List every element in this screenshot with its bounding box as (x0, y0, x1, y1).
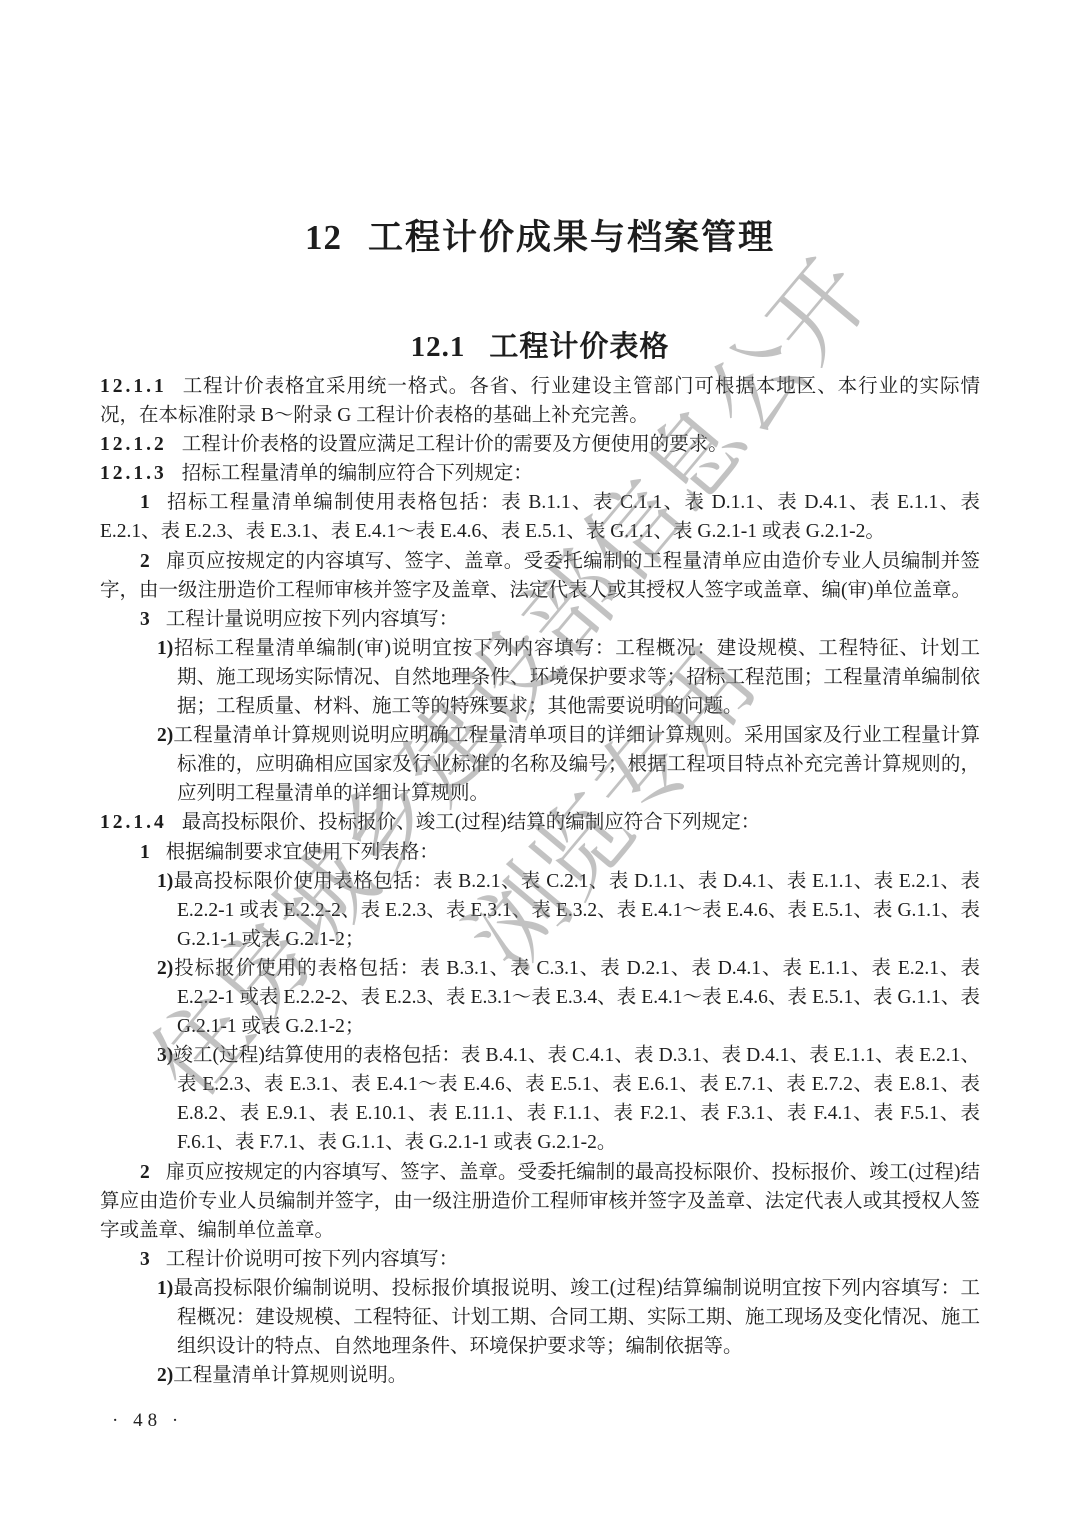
paragraph: 2扉页应按规定的内容填写、签字、盖章。受委托编制的工程量清单应由造价专业人员编制… (100, 547, 980, 605)
paragraph-number: 1) (157, 638, 173, 659)
paragraph-number: 3 (140, 609, 150, 630)
paragraph-number: 2 (140, 551, 150, 572)
paragraph-number: 2) (157, 958, 173, 979)
paragraph: 1)招标工程量清单编制(审)说明宜按下列内容填写：工程概况：建设规模、工程特征、… (100, 634, 980, 721)
paragraph-number: 2) (157, 1365, 173, 1386)
paragraph-text: 招标工程量清单编制使用表格包括：表 B.1.1、表 C.1.1、表 D.1.1、… (100, 492, 980, 542)
paragraph: 12.1.4最高投标限价、投标报价、竣工(过程)结算的编制应符合下列规定： (100, 808, 980, 837)
section-name: 工程计价表格 (489, 331, 669, 363)
paragraph: 1招标工程量清单编制使用表格包括：表 B.1.1、表 C.1.1、表 D.1.1… (100, 488, 980, 546)
paragraph-number: 12.1.4 (100, 812, 167, 833)
section-title: 12.1工程计价表格 (0, 324, 1080, 365)
paragraph: 2)工程量清单计算规则说明应明确工程量清单项目的详细计算规则。采用国家及行业工程… (100, 721, 980, 808)
paragraph: 3工程计价说明可按下列内容填写： (100, 1245, 980, 1274)
paragraph-text: 根据编制要求宜使用下列表格： (166, 842, 439, 863)
paragraph-number: 1) (157, 871, 173, 892)
paragraph-number: 12.1.3 (100, 463, 167, 484)
paragraph-text: 工程量清单计算规则说明应明确工程量清单项目的详细计算规则。采用国家及行业工程量计… (173, 725, 980, 804)
paragraph-text: 扉页应按规定的内容填写、签字、盖章。受委托编制的工程量清单应由造价专业人员编制并… (100, 551, 980, 601)
paragraph-number: 3 (140, 1249, 150, 1270)
document-body: 12.1.1工程计价表格宜采用统一格式。各省、行业建设主管部门可根据本地区、本行… (100, 372, 980, 1390)
paragraph-text: 最高投标限价使用表格包括：表 B.2.1、表 C.2.1、表 D.1.1、表 D… (173, 871, 980, 950)
paragraph-number: 12.1.2 (100, 434, 167, 455)
page-number: · 48 · (112, 1410, 183, 1432)
paragraph-text: 最高投标限价编制说明、投标报价填报说明、竣工(过程)结算编制说明宜按下列内容填写… (173, 1278, 980, 1357)
document-page: 12工程计价成果与档案管理 12.1工程计价表格 12.1.1工程计价表格宜采用… (0, 0, 1080, 1529)
paragraph-number: 1) (157, 1278, 173, 1299)
chapter-name: 工程计价成果与档案管理 (368, 218, 775, 257)
paragraph: 1根据编制要求宜使用下列表格： (100, 838, 980, 867)
paragraph: 2扉页应按规定的内容填写、签字、盖章。受委托编制的最高投标限价、投标报价、竣工(… (100, 1158, 980, 1245)
paragraph-number: 2) (157, 725, 173, 746)
paragraph-text: 工程量清单计算规则说明。 (173, 1365, 407, 1386)
paragraph-text: 工程计价表格宜采用统一格式。各省、行业建设主管部门可根据本地区、本行业的实际情况… (100, 376, 980, 426)
paragraph: 1)最高投标限价编制说明、投标报价填报说明、竣工(过程)结算编制说明宜按下列内容… (100, 1274, 980, 1361)
paragraph: 12.1.3招标工程量清单的编制应符合下列规定： (100, 459, 980, 488)
paragraph: 12.1.1工程计价表格宜采用统一格式。各省、行业建设主管部门可根据本地区、本行… (100, 372, 980, 430)
paragraph: 12.1.2工程计价表格的设置应满足工程计价的需要及方便使用的要求。 (100, 430, 980, 459)
chapter-title: 12工程计价成果与档案管理 (0, 210, 1080, 260)
paragraph-text: 工程计量说明应按下列内容填写： (166, 609, 459, 630)
paragraph: 3工程计量说明应按下列内容填写： (100, 605, 980, 634)
paragraph-number: 1 (140, 492, 150, 513)
paragraph-text: 扉页应按规定的内容填写、签字、盖章。受委托编制的最高投标限价、投标报价、竣工(过… (100, 1162, 980, 1241)
paragraph-number: 1 (140, 842, 150, 863)
paragraph-number: 3) (157, 1045, 173, 1066)
paragraph-text: 最高投标限价、投标报价、竣工(过程)结算的编制应符合下列规定： (182, 812, 761, 833)
paragraph-text: 竣工(过程)结算使用的表格包括：表 B.4.1、表 C.4.1、表 D.3.1、… (173, 1045, 980, 1153)
paragraph-text: 招标工程量清单的编制应符合下列规定： (182, 463, 533, 484)
paragraph-text: 投标报价使用的表格包括：表 B.3.1、表 C.3.1、表 D.2.1、表 D.… (173, 958, 980, 1037)
paragraph: 3)竣工(过程)结算使用的表格包括：表 B.4.1、表 C.4.1、表 D.3.… (100, 1041, 980, 1157)
paragraph-text: 招标工程量清单编制(审)说明宜按下列内容填写：工程概况：建设规模、工程特征、计划… (173, 638, 980, 717)
paragraph-number: 12.1.1 (100, 376, 167, 397)
paragraph: 2)投标报价使用的表格包括：表 B.3.1、表 C.3.1、表 D.2.1、表 … (100, 954, 980, 1041)
paragraph-text: 工程计价说明可按下列内容填写： (166, 1249, 459, 1270)
section-number: 12.1 (411, 331, 466, 363)
paragraph-text: 工程计价表格的设置应满足工程计价的需要及方便使用的要求。 (182, 434, 728, 455)
paragraph: 1)最高投标限价使用表格包括：表 B.2.1、表 C.2.1、表 D.1.1、表… (100, 867, 980, 954)
paragraph-number: 2 (140, 1162, 150, 1183)
chapter-number: 12 (305, 218, 342, 257)
paragraph: 2)工程量清单计算规则说明。 (100, 1361, 980, 1390)
